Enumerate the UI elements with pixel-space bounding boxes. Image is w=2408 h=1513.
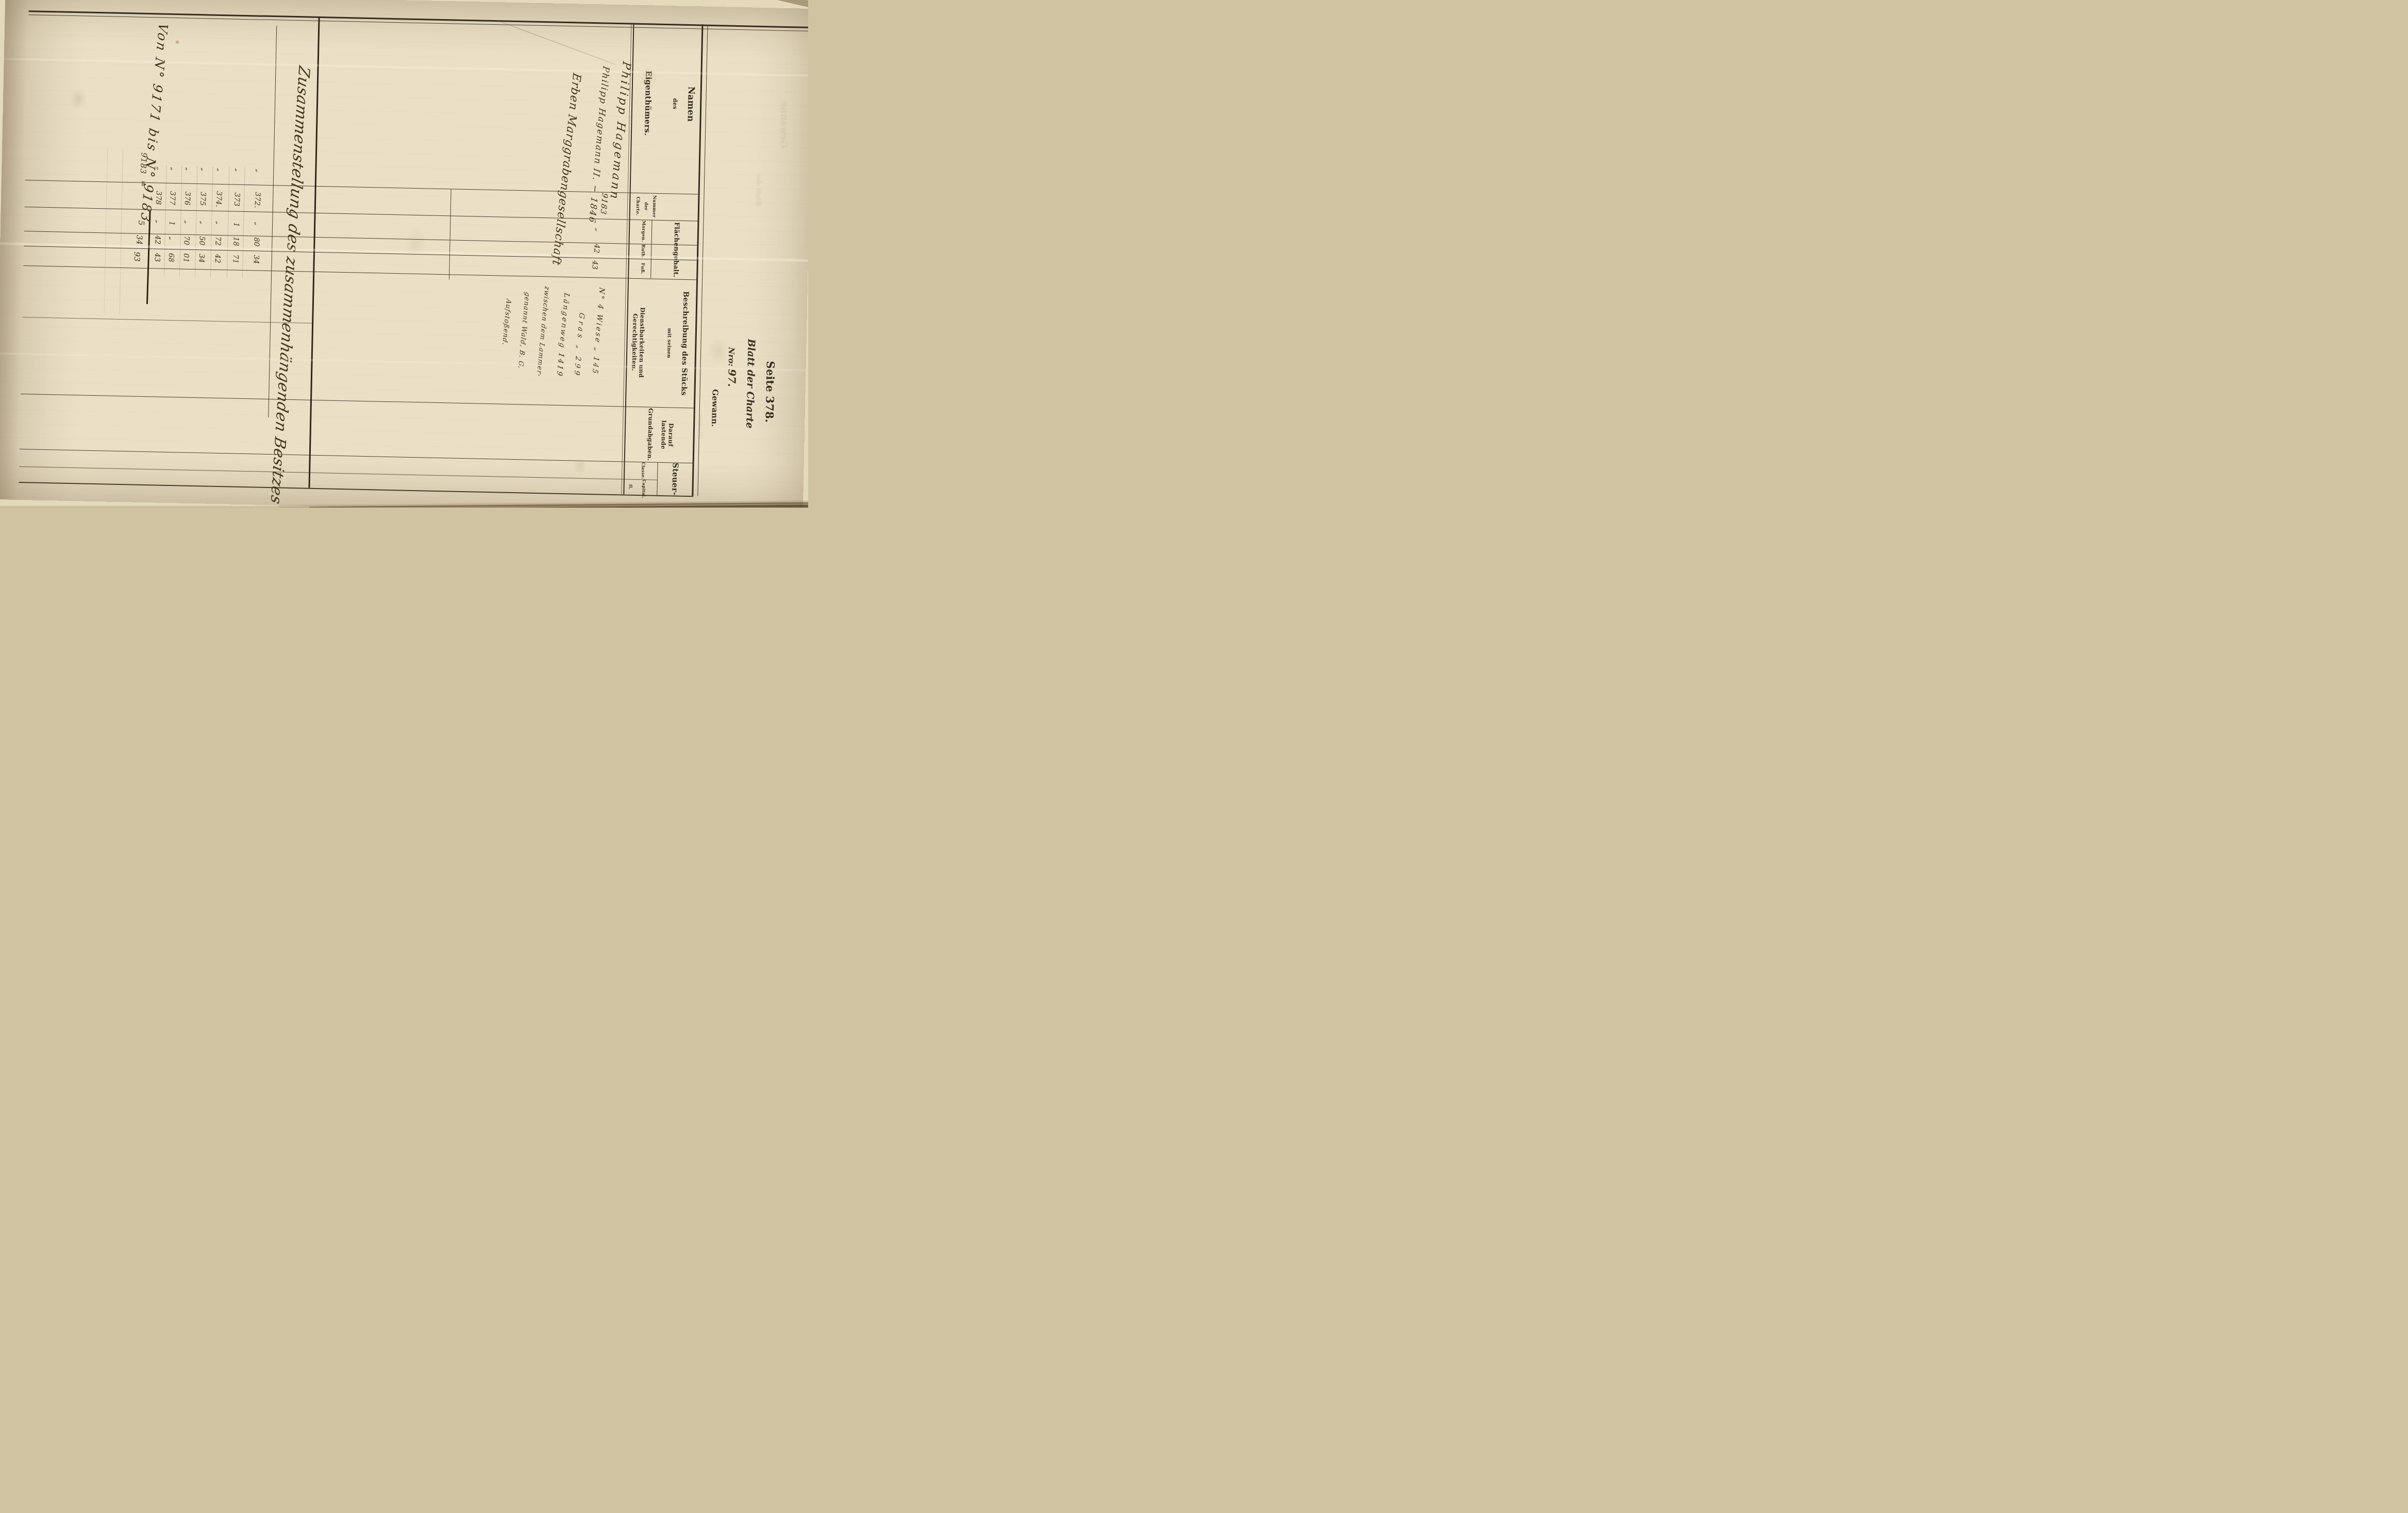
- summary-title-script: Zusammenstellung des zusammenhängenden B…: [286, 63, 313, 502]
- left-border-thick: [29, 10, 808, 28]
- header-capital-fl: fl.: [628, 479, 633, 494]
- entry-row-rule: [449, 189, 451, 279]
- header-fuss: Fuß.: [640, 259, 645, 278]
- beschreibung-line1: N° 4 Wiese „ 145: [596, 287, 608, 375]
- col-abgaben-steuer: [20, 448, 694, 463]
- beschreibung-line6: Aufstoßend.: [504, 298, 514, 345]
- header-morgen: Morgen.: [641, 218, 646, 244]
- row-guide: [119, 149, 123, 314]
- header-abgaben-l2: Grundabgaben.: [646, 408, 655, 461]
- flaechengehalt-subdivider: [650, 220, 652, 278]
- col-beschreibung-abgaben: [21, 393, 695, 408]
- col-classe-capital: [19, 466, 658, 480]
- steuer-subdivider: [657, 462, 658, 495]
- sheet-title: Blatt der Charte: [743, 324, 757, 443]
- header-classe: Classe.: [641, 462, 646, 479]
- row-guide: [227, 166, 230, 277]
- header-beschreibung-l2: mit seinen: [665, 281, 673, 405]
- header-abgaben-l1: Darauf lastende: [660, 408, 675, 461]
- header-beschreibung-l3: Dienstbarkeiten und Gerechtigkeiten.: [630, 278, 647, 407]
- stain: [175, 40, 179, 44]
- row-guide: [104, 148, 108, 313]
- ledger-page: Seite 378. Blatt der Charte Nro: 97. Gew…: [0, 0, 808, 508]
- beschreibung-line2: Gras „ 299: [576, 312, 588, 377]
- header-steuer: Steuer-: [670, 462, 680, 495]
- page-number: Seite 378.: [762, 338, 777, 446]
- summa-rule: [146, 211, 150, 304]
- total-fuss: 93: [132, 251, 142, 261]
- header-namen-l2: des: [671, 37, 680, 171]
- left-border-thin: [29, 14, 808, 31]
- paper-corner-wedge: [777, 0, 808, 7]
- header-nummer-l3: Charte.: [634, 189, 640, 222]
- entry-charte-number: 9183: [599, 193, 610, 215]
- beschreibung-line4: zwischen dem Lammer-: [541, 285, 553, 377]
- entry-fuss: 43: [590, 260, 600, 270]
- owner-name-line3: Erben Marggrabengesellschaft: [566, 72, 583, 265]
- header-beschreibung-l1: Beschreibung des Stücks: [679, 281, 690, 405]
- scanned-ledger-photo: Seite 378. Blatt der Charte Nro: 97. Gew…: [0, 0, 808, 508]
- bleedthrough-text: Gewanne: [778, 100, 790, 148]
- binding-shadow: [0, 0, 28, 499]
- total-ruth: 34: [135, 234, 144, 244]
- bleedthrough-text: Blatt der: [754, 172, 762, 206]
- gewann-label: Gewann.: [710, 389, 720, 427]
- col-morgen-ruth: [24, 231, 699, 246]
- paper-edge-shadow-left: [0, 505, 278, 508]
- header-capital: Capital.: [641, 479, 647, 495]
- stain: [640, 67, 658, 91]
- summary-section-divider: [22, 317, 313, 324]
- stain: [70, 88, 88, 109]
- entry-morgen: „: [594, 228, 604, 232]
- stain: [573, 457, 588, 475]
- bleedthrough-text: Steuer: [696, 413, 704, 439]
- header-nummer-l2: der: [643, 190, 648, 223]
- beschreibung-line5: genannt Wald, B. G.: [522, 291, 533, 368]
- header-nummer-l1: Nummer: [651, 190, 657, 223]
- nro-value: 97.: [726, 368, 739, 386]
- header-namen-l1: Namen: [684, 37, 697, 171]
- row-guide: [242, 166, 245, 277]
- entry-ruth: 42: [592, 244, 602, 253]
- header-namen-l3: Eigenthümers.: [642, 36, 654, 170]
- header-flaechengehalt: Flächengehalt.: [672, 218, 681, 281]
- right-border: [19, 481, 694, 496]
